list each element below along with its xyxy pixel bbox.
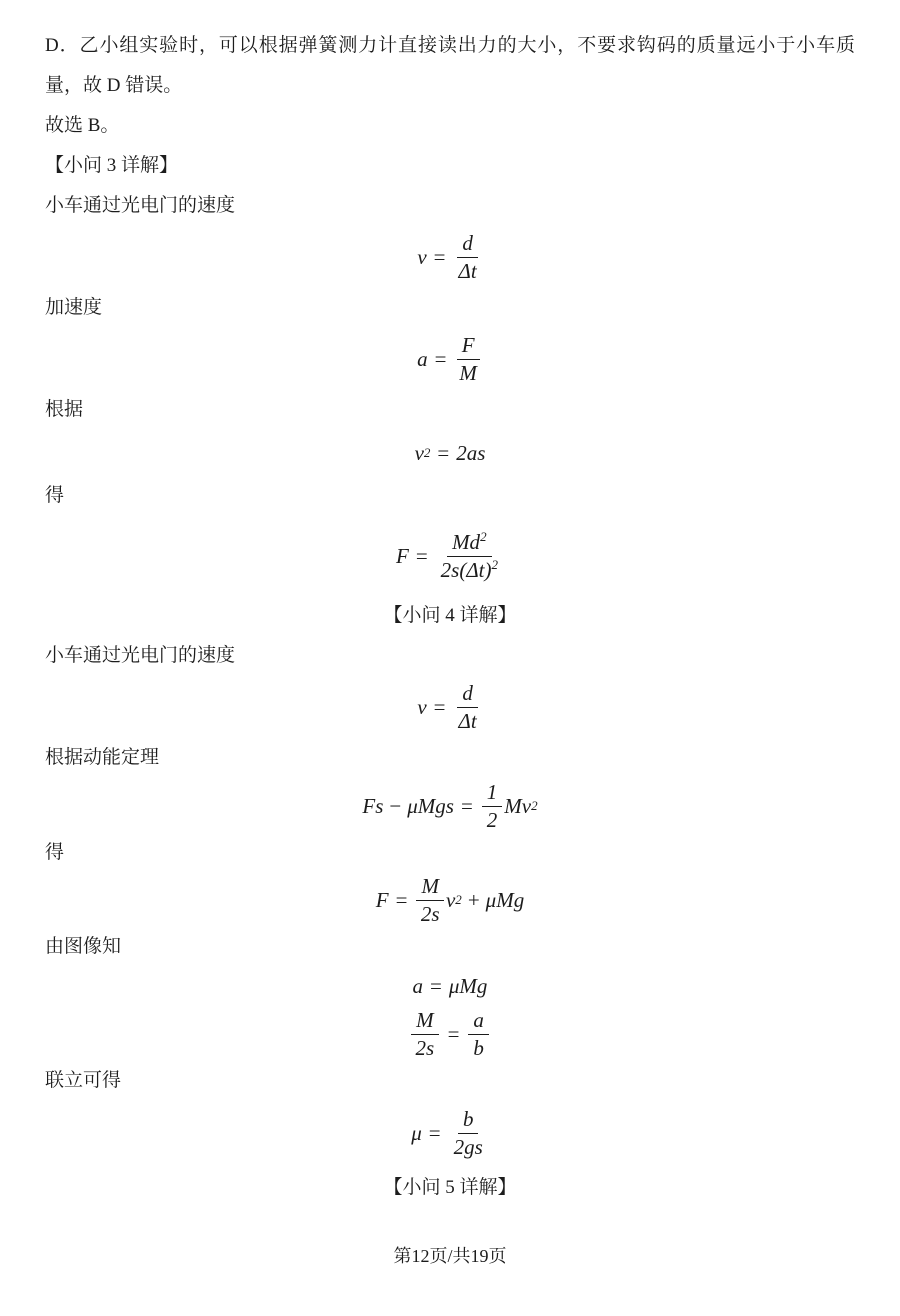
label-speed-q3: 小车通过光电门的速度 (45, 186, 855, 226)
formula-lhs: μ (411, 1121, 422, 1145)
denominator-base: 2s(Δt) (441, 558, 492, 582)
fraction: F M (455, 333, 481, 384)
formula-lhs: a (413, 974, 424, 998)
paragraph-option-d: D．乙小组实验时，可以根据弹簧测力计直接读出力的大小，不要求钩码的质量远小于小车… (45, 26, 855, 106)
formula-kinematics: v2 = 2as (45, 430, 855, 476)
label-combine: 联立可得 (45, 1062, 855, 1100)
label-from-graph: 由图像知 (45, 928, 855, 966)
fraction-numerator: 1 (482, 780, 503, 806)
formula-rhs: 2as (456, 441, 485, 465)
fraction: Md2 2s(Δt)2 (437, 530, 502, 581)
fraction-denominator: 2s(Δt)2 (437, 557, 502, 582)
formula-lhs: F (376, 888, 389, 912)
fraction-denominator: 2s (417, 901, 444, 926)
fraction-numerator: b (458, 1107, 479, 1133)
page-number-footer: 第12页/共19页 (45, 1236, 855, 1276)
label-get-q4: 得 (45, 834, 855, 872)
fraction: a b (468, 1008, 489, 1059)
formula-lhs: a (417, 347, 428, 371)
formula-base: v (415, 441, 424, 465)
formula-velocity-q4: v = d Δt (45, 676, 855, 738)
fraction: d Δt (455, 231, 481, 282)
equals-sign: = (429, 1121, 441, 1145)
fraction: d Δt (455, 681, 481, 732)
label-acceleration: 加速度 (45, 288, 855, 328)
fraction-numerator: a (468, 1008, 489, 1034)
formula-lhs: v (417, 245, 426, 269)
fraction-numerator: d (457, 231, 478, 257)
fraction-denominator: 2 (483, 807, 502, 832)
heading-q3: 【小问 3 详解】 (45, 146, 855, 186)
equals-sign: = (461, 794, 473, 818)
equals-sign: = (435, 347, 447, 371)
formula-lhs: v (417, 695, 426, 719)
heading-q5: 【小问 5 详解】 (45, 1166, 855, 1210)
formula-force-q3: F = Md2 2s(Δt)2 (45, 516, 855, 596)
label-according: 根据 (45, 390, 855, 430)
superscript: 2 (491, 557, 498, 572)
fraction: 1 2 (482, 780, 503, 831)
formula-slope: M 2s = a b (45, 1006, 855, 1062)
document-page: D．乙小组实验时，可以根据弹簧测力计直接读出力的大小，不要求钩码的质量远小于小车… (0, 0, 900, 1316)
equals-sign: = (434, 695, 446, 719)
formula-work-energy: Fs − μMgs = 1 2 Mv2 (45, 778, 855, 834)
superscript: 2 (480, 529, 487, 544)
equals-sign: = (448, 1022, 460, 1046)
fraction-numerator: M (416, 874, 444, 900)
fraction-denominator: 2s (411, 1035, 438, 1060)
plus-sign: + (468, 888, 480, 912)
fraction: M 2s (416, 874, 444, 925)
formula-rhs: μMg (449, 974, 488, 998)
formula-term-a: Fs (362, 794, 383, 818)
formula-term-c: Mv (504, 794, 531, 818)
equals-sign: = (396, 888, 408, 912)
equals-sign: = (434, 245, 446, 269)
formula-variable: v (446, 888, 455, 912)
fraction-numerator: d (457, 681, 478, 707)
fraction-denominator: Δt (455, 258, 481, 283)
formula-friction-coefficient: μ = b 2gs (45, 1100, 855, 1166)
equals-sign: = (437, 441, 449, 465)
formula-velocity-q3: v = d Δt (45, 226, 855, 288)
fraction: M 2s (411, 1008, 439, 1059)
fraction-numerator: F (457, 333, 480, 359)
equals-sign: = (430, 974, 442, 998)
formula-lhs: F (396, 544, 409, 568)
fraction-denominator: b (469, 1035, 488, 1060)
formula-intercept: a = μMg (45, 966, 855, 1006)
label-speed-q4: 小车通过光电门的速度 (45, 636, 855, 676)
formula-tail: μMg (486, 888, 525, 912)
fraction: b 2gs (450, 1107, 487, 1158)
formula-acceleration: a = F M (45, 328, 855, 390)
fraction-denominator: 2gs (450, 1134, 487, 1159)
formula-force-q4: F = M 2s v2 + μMg (45, 872, 855, 928)
formula-term-b: μMgs (407, 794, 454, 818)
minus-sign: − (389, 794, 401, 818)
label-get-q3: 得 (45, 476, 855, 516)
numerator-base: Md (452, 530, 480, 554)
fraction-denominator: Δt (455, 708, 481, 733)
fraction-numerator: M (411, 1008, 439, 1034)
label-energy-theorem: 根据动能定理 (45, 738, 855, 778)
equals-sign: = (416, 544, 428, 568)
fraction-numerator: Md2 (447, 530, 492, 556)
fraction-denominator: M (455, 360, 481, 385)
paragraph-answer: 故选 B。 (45, 106, 855, 146)
heading-q4: 【小问 4 详解】 (45, 596, 855, 636)
